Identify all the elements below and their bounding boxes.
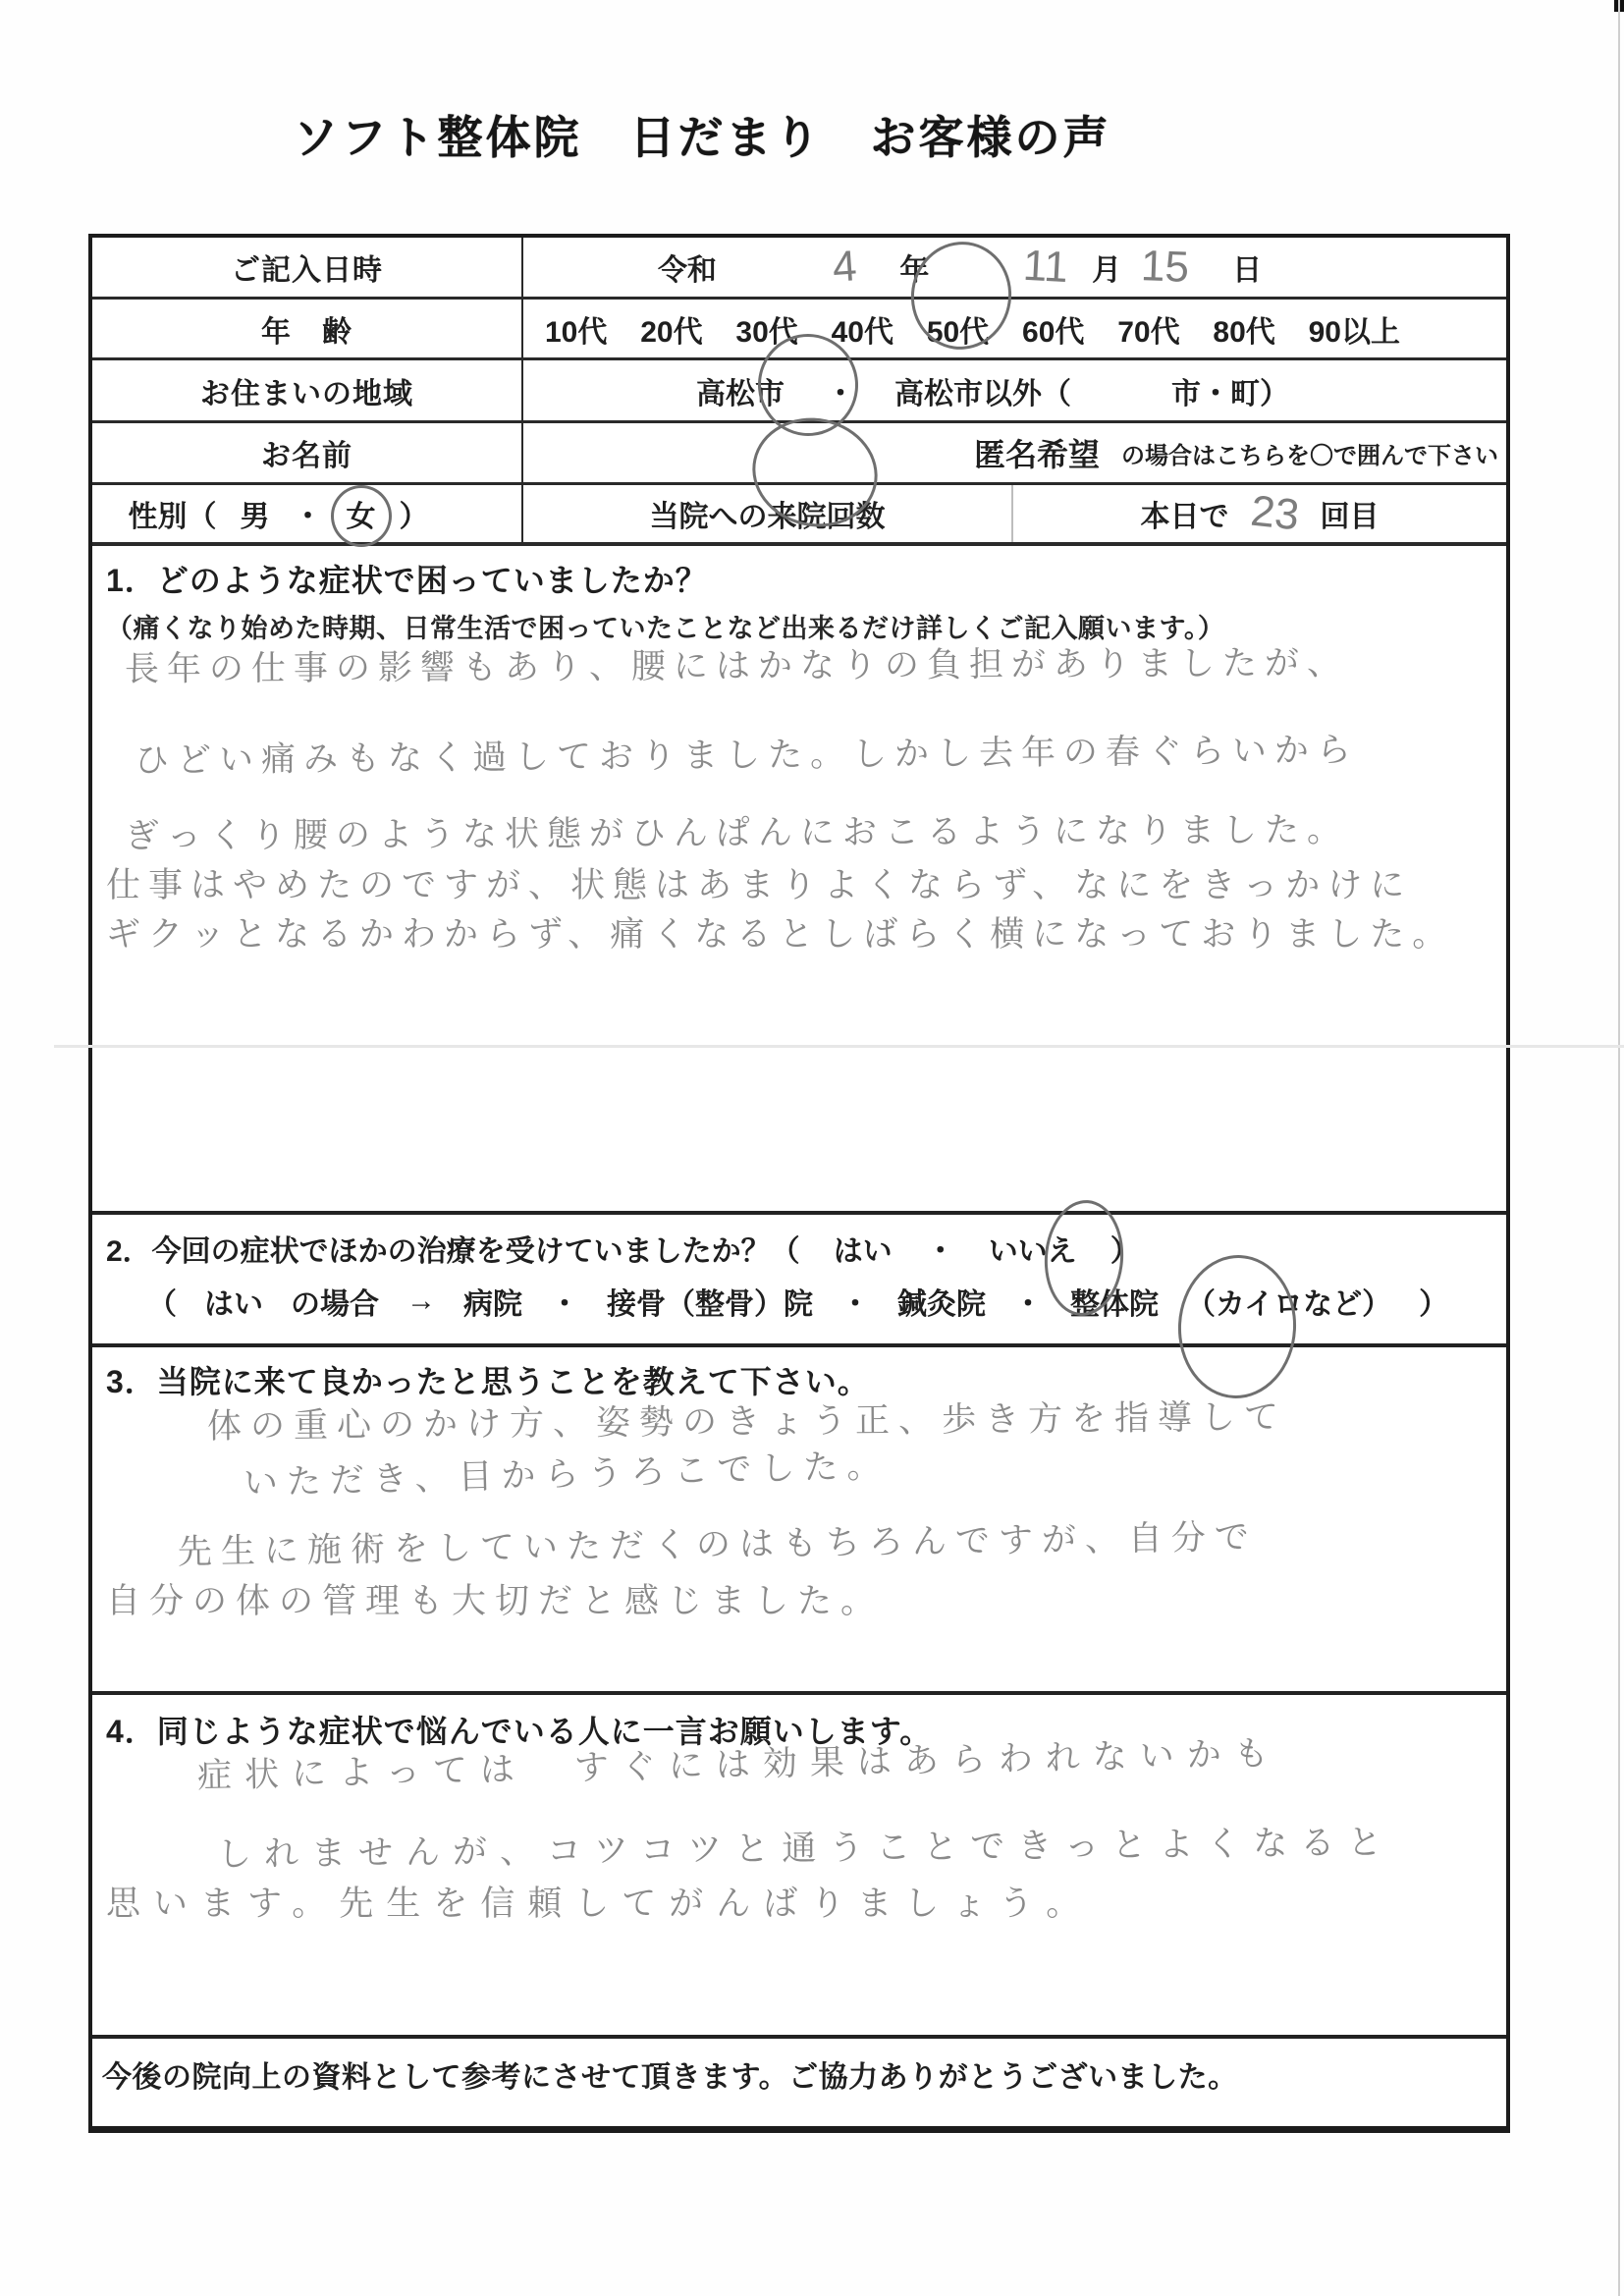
visits-suffix: 回目 <box>1320 492 1379 535</box>
q2-option-yes: はい <box>834 1227 893 1270</box>
name-anonymous-cell: 匿名希望 の場合はこちらを〇で囲んで下さい <box>523 423 1506 482</box>
q2-title-line: 2．今回の症状でほかの治療を受けていましたか？（ はい ・ いいえ ） <box>106 1227 1492 1270</box>
q3-answer-line: 自分の体の管理も大切だと感じました。 <box>106 1577 1492 1626</box>
region-options: 高松市 ・ 高松市以外（ 市・町） <box>523 360 1506 420</box>
age-option-80s: 80代 <box>1213 307 1274 351</box>
visits-count-cell: 本日で 23 回目 <box>1013 485 1506 542</box>
q2-option-shinkyu: 鍼灸院 <box>897 1280 986 1323</box>
month-unit: 月 <box>1092 246 1121 289</box>
age-option-60s: 60代 <box>1022 307 1084 351</box>
age-option-40s: 40代 <box>832 307 893 351</box>
age-option-90plus: 90以上 <box>1309 307 1400 351</box>
age-label: 年 齢 <box>92 300 523 357</box>
q4-answer-line: しれませんが、コツコツと通うことできっとよくなると <box>217 1817 1492 1880</box>
visits-prefix: 本日で <box>1141 492 1229 535</box>
age-option-70s: 70代 <box>1117 307 1179 351</box>
year-unit: 年 <box>899 246 929 289</box>
anonymous-label: 匿名希望 <box>974 430 1100 475</box>
q1-answer-line: ギクッとなるかわからず、痛くなるとしばらく横になっておりました。 <box>106 910 1492 959</box>
name-label: お名前 <box>92 423 523 482</box>
q1-answer-line: ぎっくり腰のような状態がひんぱんにおこるようになりました。 <box>125 805 1492 861</box>
form-table: ご記入日時 令和 4 年 11 月 15 日 年 齢 10代 20代 30代 4… <box>88 234 1510 2133</box>
name-row: お名前 匿名希望 の場合はこちらを〇で囲んで下さい <box>92 423 1506 485</box>
question-2-section: 2．今回の症状でほかの治療を受けていましたか？（ はい ・ いいえ ） （ はい… <box>92 1215 1506 1347</box>
gender-separator: ・ <box>294 492 323 535</box>
q2-paren-close: ） <box>1419 1280 1448 1323</box>
month-value-handwritten: 11 <box>1022 242 1069 293</box>
q2-option-seitai-note: （カイロなど） <box>1186 1280 1391 1323</box>
q3-answer-line: 先生に施術をしていただくのはもちろんですが、自分で <box>178 1509 1493 1577</box>
date-value-cell: 令和 4 年 11 月 15 日 <box>523 238 1506 297</box>
q2-yes-case: はい <box>204 1280 263 1323</box>
q2-arrow: → <box>406 1285 436 1318</box>
visits-count-handwritten: 23 <box>1248 487 1301 541</box>
age-option-10s: 10代 <box>545 307 607 351</box>
q2-option-hospital: 病院 <box>463 1280 522 1323</box>
age-row: 年 齢 10代 20代 30代 40代 50代 60代 70代 80代 90以上 <box>92 300 1506 360</box>
q2-paren-open: （ <box>147 1280 177 1323</box>
q2-option-sekkotsu: 接骨（整骨）院 <box>607 1280 813 1323</box>
gender-suffix: ） <box>400 492 429 535</box>
q2-dot1: ・ <box>550 1280 579 1323</box>
region-label: お住まいの地域 <box>92 360 523 420</box>
day-unit: 日 <box>1232 246 1262 289</box>
day-value-handwritten: 15 <box>1140 242 1190 293</box>
q4-answer-line: 思います。先生を信頼してがんばりましょう。 <box>106 1880 1492 1929</box>
question-1-section: 1．どのような症状で困っていましたか？ （痛くなり始めた時期、日常生活で困ってい… <box>92 546 1506 1215</box>
region-separator: ・ <box>826 369 855 412</box>
era-text: 令和 <box>658 246 717 289</box>
date-label: ご記入日時 <box>92 238 523 297</box>
q2-separator: ・ <box>926 1227 955 1270</box>
region-option-other: 高松市以外（ <box>894 369 1071 412</box>
q2-case-text: の場合 <box>291 1280 379 1323</box>
age-options: 10代 20代 30代 40代 50代 60代 70代 80代 90以上 <box>523 300 1506 357</box>
footer-note: 今後の院向上の資料として参考にさせて頂きます。ご協力ありがとうございました。 <box>102 2052 1496 2096</box>
q2-option-seitai: 整体院 <box>1070 1280 1159 1323</box>
visits-label: 当院への来院回数 <box>523 485 1013 542</box>
age-option-50s: 50代 <box>927 307 989 351</box>
year-value-handwritten: 4 <box>831 242 858 293</box>
anonymous-note: の場合はこちらを〇で囲んで下さい <box>1121 436 1498 470</box>
scan-edge-line <box>1618 0 1620 2296</box>
q1-answer-line: 仕事はやめたのですが、状態はあまりよくならず、なにをきっかけに <box>106 861 1492 910</box>
question-4-section: 4．同じような症状で悩んでいる人に一言お願いします。 症状によっては すぐには効… <box>92 1695 1506 2039</box>
page-title: ソフト整体院 日だまり お客様の声 <box>0 102 1404 167</box>
age-option-30s: 30代 <box>735 307 797 351</box>
question-3-section: 3．当院に来て良かったと思うことを教えて下さい。 体の重心のかけ方、姿勢のきょう… <box>92 1347 1506 1695</box>
q1-answer-line: 長年の仕事の影響もあり、腰にはかなりの負担がありましたが、 <box>125 638 1492 694</box>
region-option-takamatsu: 高松市 <box>696 369 785 412</box>
date-row: ご記入日時 令和 4 年 11 月 15 日 <box>92 238 1506 300</box>
region-row: お住まいの地域 高松市 ・ 高松市以外（ 市・町） <box>92 360 1506 423</box>
q2-dot3: ・ <box>1013 1280 1043 1323</box>
q2-dot2: ・ <box>840 1280 870 1323</box>
gender-prefix: 性別（ <box>129 492 217 535</box>
scanned-feedback-form: ソフト整体院 日だまり お客様の声 ご記入日時 令和 4 年 11 月 15 日… <box>0 0 1624 2296</box>
age-option-20s: 20代 <box>640 307 702 351</box>
q2-treatment-line: （ はい の場合 → 病院 ・ 接骨（整骨）院 ・ 鍼灸院 ・ 整体院 （カイロ… <box>106 1280 1492 1323</box>
footer-section: 今後の院向上の資料として参考にさせて頂きます。ご協力ありがとうございました。 <box>92 2039 1506 2126</box>
q2-option-no: いいえ <box>989 1227 1077 1270</box>
gender-cell: 性別（ 男 ・ 女 ） <box>92 485 523 542</box>
gender-visits-row: 性別（ 男 ・ 女 ） 当院への来院回数 本日で 23 回目 <box>92 485 1506 546</box>
q1-answer-line: ひどい痛みもなく過しておりました。しかし去年の春ぐらいから <box>135 725 1492 786</box>
gender-option-male: 男 <box>241 492 270 535</box>
q2-title-suffix: ） <box>1110 1227 1140 1270</box>
q1-title: 1．どのような症状で困っていましたか？ <box>106 556 1492 601</box>
gender-option-female: 女 <box>347 492 376 535</box>
region-other-suffix: 市・町） <box>1171 369 1289 412</box>
scan-streak <box>54 1045 1624 1048</box>
q2-title-prefix: 2．今回の症状でほかの治療を受けていましたか？（ <box>106 1227 800 1270</box>
